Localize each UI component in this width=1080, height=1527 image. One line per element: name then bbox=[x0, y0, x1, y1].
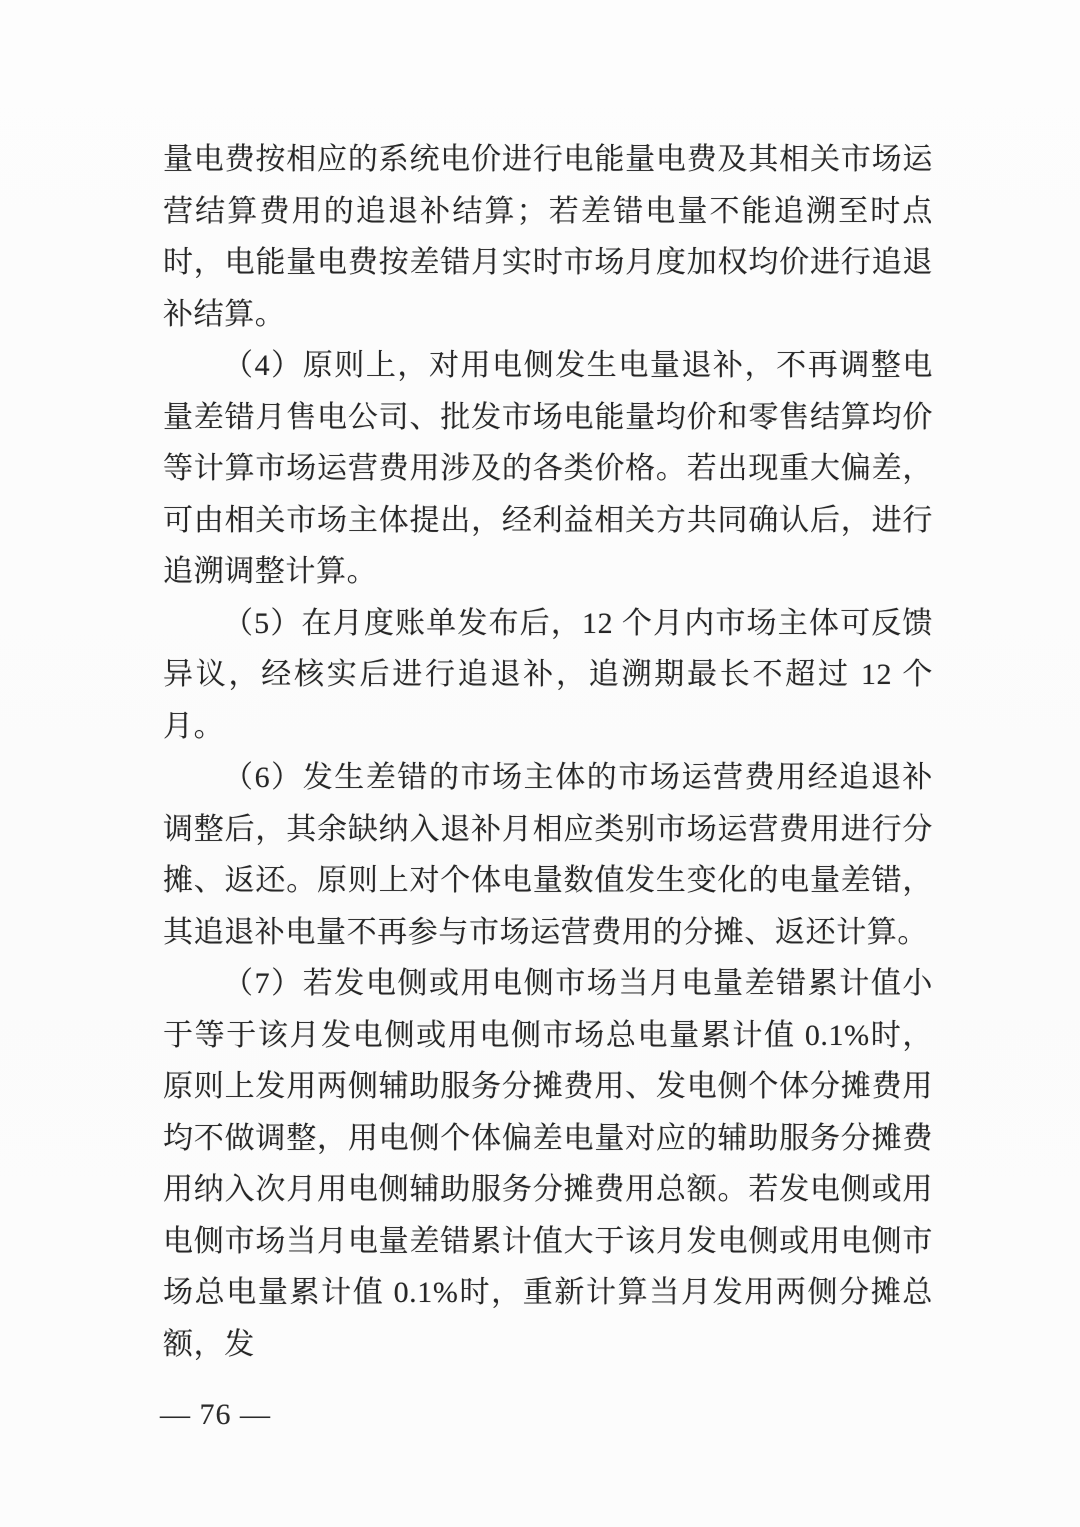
document-page: 量电费按相应的系统电价进行电能量电费及其相关市场运营结算费用的追退补结算；若差错… bbox=[0, 0, 1080, 1527]
body-text-block: 量电费按相应的系统电价进行电能量电费及其相关市场运营结算费用的追退补结算；若差错… bbox=[163, 134, 933, 1370]
body-paragraph-continuation: 量电费按相应的系统电价进行电能量电费及其相关市场运营结算费用的追退补结算；若差错… bbox=[163, 134, 933, 340]
body-paragraph-item-4: （4）原则上，对用电侧发生电量退补，不再调整电量差错月售电公司、批发市场电能量均… bbox=[163, 340, 933, 598]
body-paragraph-item-7: （7）若发电侧或用电侧市场当月电量差错累计值小于等于该月发电侧或用电侧市场总电量… bbox=[163, 958, 933, 1370]
body-paragraph-item-5: （5）在月度账单发布后，12 个月内市场主体可反馈异议，经核实后进行追退补，追溯… bbox=[163, 598, 933, 753]
body-paragraph-item-6: （6）发生差错的市场主体的市场运营费用经追退补调整后，其余缺纳入退补月相应类别市… bbox=[163, 752, 933, 958]
page-number: — 76 — bbox=[160, 1398, 271, 1432]
